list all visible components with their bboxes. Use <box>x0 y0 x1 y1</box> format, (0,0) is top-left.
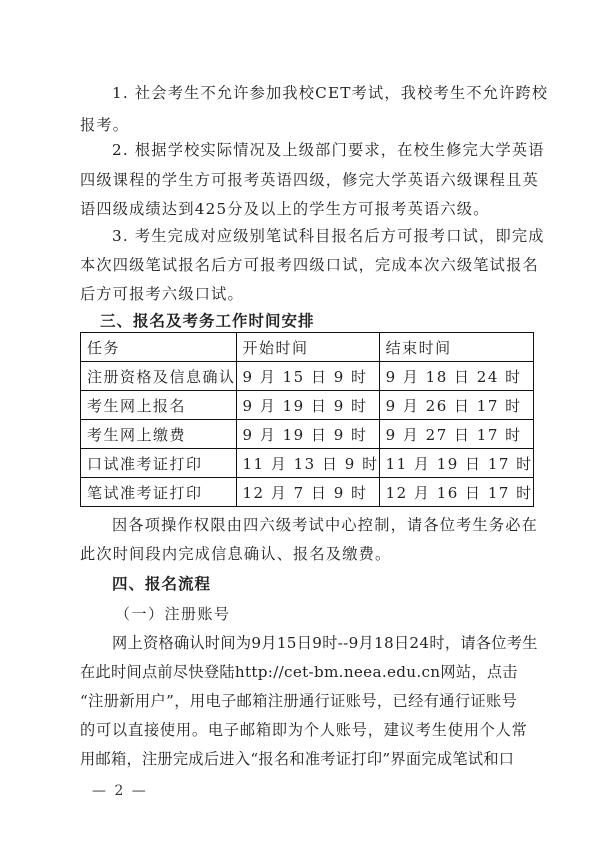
end-time-cell: 9 月 26 日 17 时 <box>379 391 533 420</box>
section-3-heading: 三、报名及考务工作时间安排 <box>100 309 315 331</box>
register-para-line-1: 网上资格确认时间为9月15日9时--9月18日24时，请各位考生 <box>112 633 522 653</box>
start-time-cell: 9 月 19 日 9 时 <box>236 391 379 420</box>
register-para-line-3: “注册新用户”，用电子邮箱注册通行证账号，已经有通行证账号 <box>80 691 522 711</box>
page-number: — 2 — <box>92 783 148 799</box>
table-row: 考生网上缴费 9 月 19 日 9 时 9 月 27 日 17 时 <box>81 420 534 449</box>
note-line-2: 此次时间段内完成信息确认、报名及缴费。 <box>80 544 522 564</box>
start-time-cell: 9 月 15 日 9 时 <box>236 362 379 391</box>
rule-3-line-3: 后方可报考六级口试。 <box>80 284 522 304</box>
start-time-cell: 11 月 13 日 9 时 <box>236 449 379 478</box>
rule-1-line-1: 1. 社会考生不允许参加我校CET考试，我校考生不允许跨校 <box>112 83 522 103</box>
rule-3-line-1: 3. 考生完成对应级别笔试科目报名后方可报考口试，即完成 <box>112 226 522 246</box>
table-row: 笔试准考证打印 12 月 7 日 9 时 12 月 16 日 17 时 <box>81 478 534 507</box>
table-row: 考生网上报名 9 月 19 日 9 时 9 月 26 日 17 时 <box>81 391 534 420</box>
table-row: 口试准考证打印 11 月 13 日 9 时 11 月 19 日 17 时 <box>81 449 534 478</box>
end-time-cell: 12 月 16 日 17 时 <box>379 478 533 507</box>
register-para-line-5: 用邮箱，注册完成后进入“报名和准考证打印”界面完成笔试和口 <box>80 749 522 769</box>
task-cell: 考生网上缴费 <box>81 420 237 449</box>
header-task: 任务 <box>81 333 237 362</box>
end-time-cell: 9 月 27 日 17 时 <box>379 420 533 449</box>
rule-1-line-2: 报考。 <box>80 115 522 135</box>
task-cell: 注册资格及信息确认 <box>81 362 237 391</box>
task-cell: 口试准考证打印 <box>81 449 237 478</box>
rule-2-line-1: 2. 根据学校实际情况及上级部门要求，在校生修完大学英语 <box>112 140 522 160</box>
header-end-time: 结束时间 <box>379 333 533 362</box>
note-line-1: 因各项操作权限由四六级考试中心控制，请各位考生务必在 <box>112 515 512 535</box>
end-time-cell: 11 月 19 日 17 时 <box>379 449 533 478</box>
section-4-subheading: （一）注册账号 <box>115 603 231 624</box>
start-time-cell: 12 月 7 日 9 时 <box>236 478 379 507</box>
end-time-cell: 9 月 18 日 24 时 <box>379 362 533 391</box>
rule-2-line-3: 语四级成绩达到425分及以上的学生方可报考英语六级。 <box>80 199 522 219</box>
table-header-row: 任务 开始时间 结束时间 <box>81 333 534 362</box>
register-para-line-2: 在此时间点前尽快登陆http://cet-bm.neea.edu.cn网站，点击 <box>80 662 522 682</box>
rule-2-line-2: 四级课程的学生方可报考英语四级，修完大学英语六级课程且英 <box>80 170 522 190</box>
start-time-cell: 9 月 19 日 9 时 <box>236 420 379 449</box>
schedule-table: 任务 开始时间 结束时间 注册资格及信息确认 9 月 15 日 9 时 9 月 … <box>80 332 534 507</box>
task-cell: 笔试准考证打印 <box>81 478 237 507</box>
table-row: 注册资格及信息确认 9 月 15 日 9 时 9 月 18 日 24 时 <box>81 362 534 391</box>
header-start-time: 开始时间 <box>236 333 379 362</box>
section-4-heading: 四、报名流程 <box>112 572 211 594</box>
task-cell: 考生网上报名 <box>81 391 237 420</box>
register-para-line-4: 的可以直接使用。电子邮箱即为个人账号，建议考生使用个人常 <box>80 720 522 740</box>
document-page: 1. 社会考生不允许参加我校CET考试，我校考生不允许跨校 报考。 2. 根据学… <box>0 0 596 843</box>
rule-3-line-2: 本次四级笔试报名后方可报考四级口试，完成本次六级笔试报名 <box>80 255 522 275</box>
